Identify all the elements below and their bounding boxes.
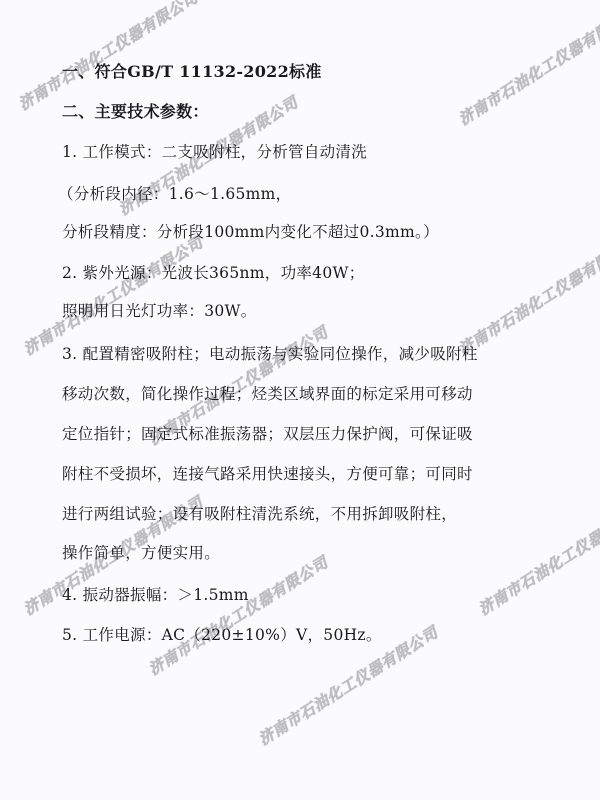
watermark: 济南市石油化工仪器有限公司 bbox=[454, 1, 600, 129]
param-3-line-5: 进行两组试验；设有吸附柱清洗系统，不用拆卸吸附柱， bbox=[62, 504, 457, 524]
heading-main-parameters: 二、主要技术参数： bbox=[62, 102, 209, 122]
param-1-work-mode: 1. 工作模式：二支吸附柱，分析管自动清洗 bbox=[62, 142, 367, 162]
heading-standard: 一、符合GB/T 11132-2022标准 bbox=[62, 62, 322, 82]
param-3-line-1: 3. 配置精密吸附柱；电动振荡与实验同位操作，减少吸附柱 bbox=[62, 344, 478, 364]
param-2-uv-light: 2. 紫外光源：光波长365nm，功率40W； bbox=[62, 263, 365, 283]
watermark: 济南市石油化工仪器有限公司 bbox=[144, 551, 332, 679]
param-1-inner-diameter: （分析段内径：1.6～1.65mm， bbox=[58, 184, 291, 204]
watermark: 济南市石油化工仪器有限公司 bbox=[474, 491, 600, 619]
watermark: 济南市石油化工仪器有限公司 bbox=[454, 231, 600, 359]
watermark: 济南市石油化工仪器有限公司 bbox=[14, 0, 202, 114]
param-5-power-supply: 5. 工作电源：AC（220±10%）V，50Hz。 bbox=[62, 625, 382, 645]
param-3-line-2: 移动次数，简化操作过程；烃类区域界面的标定采用可移动 bbox=[62, 384, 473, 404]
param-2-lamp-power: 照明用日光灯功率：30W。 bbox=[62, 301, 257, 321]
document-page: 一、符合GB/T 11132-2022标准 二、主要技术参数： 1. 工作模式：… bbox=[0, 0, 600, 800]
watermark: 济南市石油化工仪器有限公司 bbox=[19, 231, 207, 359]
param-3-line-6: 操作简单，方便实用。 bbox=[62, 543, 220, 563]
param-4-amplitude: 4. 振动器振幅：＞1.5mm bbox=[62, 585, 249, 605]
param-3-line-3: 定位指针；固定式标准振荡器；双层压力保护阀，可保证吸 bbox=[62, 424, 473, 444]
param-3-line-4: 附柱不受损坏，连接气路采用快速接头，方便可靠；可同时 bbox=[62, 464, 473, 484]
param-1-precision: 分析段精度：分析段100mm内变化不超过0.3mm。） bbox=[62, 222, 439, 242]
